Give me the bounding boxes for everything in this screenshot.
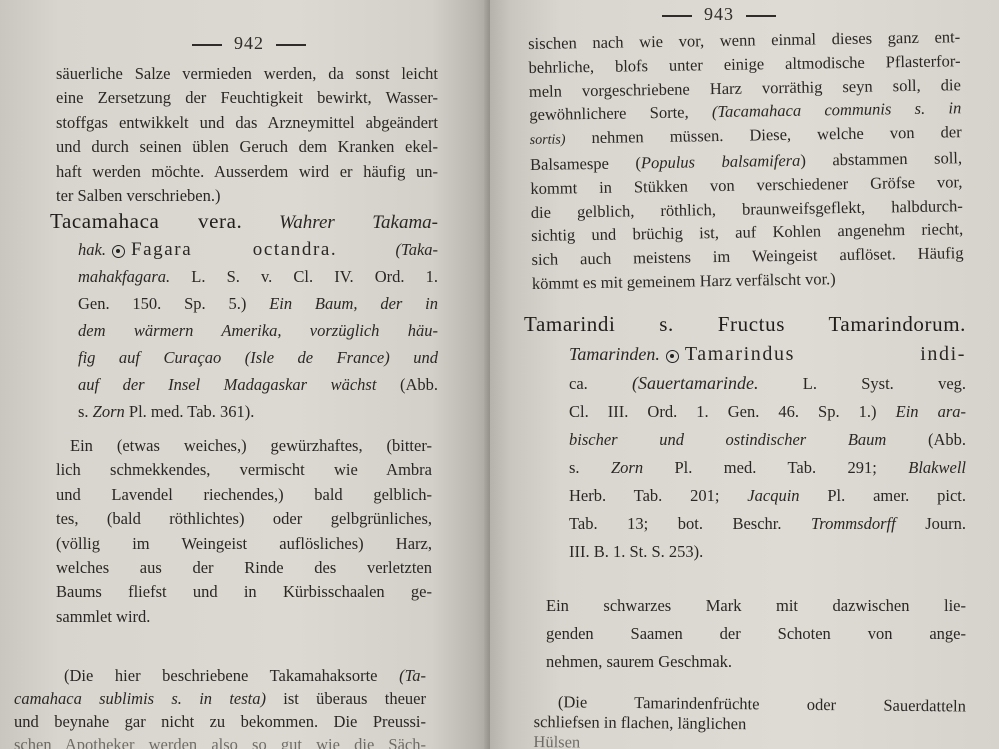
text-line: hak.Fagara octandra. (Taka- <box>50 236 438 263</box>
text-line: mahakfagara. L. S. v. Cl. IV. Ord. 1. <box>50 263 438 290</box>
text-line: welches aus der Rinde des verletzten <box>56 556 432 580</box>
entry-title: Tamarindi s. Fructus Tamarindorum. <box>524 312 966 336</box>
text-line: stoffgas entwikkelt und das Arzneymittel… <box>56 111 438 135</box>
description-paragraph: Ein schwarzes Mark mit dazwischen lie- g… <box>546 592 966 676</box>
text-line: und beynahe gar nicht zu bekommen. Die P… <box>14 710 426 733</box>
page-header-right: 943 <box>650 4 788 25</box>
header-dash <box>662 15 692 17</box>
header-dash <box>746 15 776 17</box>
continuation-paragraph: sischen nach wie vor, wenn einmal dieses… <box>528 25 964 296</box>
text-line-cut-off: schen Apotheker werden also so gut wie d… <box>14 733 426 749</box>
text-line: Cl. III. Ord. 1. Gen. 46. Sp. 1.) Ein ar… <box>524 398 966 426</box>
text-line: Tamarinden.Tamarindus indi- <box>524 340 966 369</box>
text-line: sammlet wird. <box>56 605 432 629</box>
entry-title-line: Tacamahaca vera. Wahrer Takama- <box>50 208 438 236</box>
text-line: (Die hier beschriebene Takamahaksorte (T… <box>14 664 426 687</box>
text-line: Ein schwarzes Mark mit dazwischen lie- <box>546 592 966 620</box>
text-line: und durch seinen üblen Geruch dem Kranke… <box>56 135 438 159</box>
note-paragraph: (Die hier beschriebene Takamahaksorte (T… <box>14 664 426 749</box>
header-dash <box>276 44 306 46</box>
continuation-paragraph: säuerliche Salze vermieden werden, da so… <box>56 62 438 208</box>
botanical-name: Fagara octandra. <box>131 239 337 260</box>
text-line: haft werden möchte. Ausserdem wird er hä… <box>56 160 438 184</box>
text-line: tes, (bald röthlichtes) oder gelbgrünlic… <box>56 507 432 531</box>
page-number: 943 <box>704 4 734 24</box>
text-line: auf der Insel Madagaskar wächst (Abb. <box>50 371 438 398</box>
text-line: und Lavendel riechendes,) bald gelblich- <box>56 483 432 507</box>
text-line: (völlig im Weingeist auflösliches) Harz, <box>56 532 432 556</box>
botanical-name: Tamarindus indi- <box>685 343 966 365</box>
right-page: 943 sischen nach wie vor, wenn einmal di… <box>490 0 999 749</box>
entry-tamarindi: Tamarindi s. Fructus Tamarindorum. Tamar… <box>524 310 966 566</box>
entry-title: Tacamahaca vera. <box>50 209 242 233</box>
text-line: s. Zorn Pl. med. Tab. 361). <box>50 398 438 425</box>
text-line: fig auf Curaçao (Isle de France) und <box>50 344 438 371</box>
text-line: Ein (etwas weiches,) gewürzhaftes, (bitt… <box>56 434 432 458</box>
text-line: Baums fliefst und in Kürbisschaalen ge- <box>56 580 432 604</box>
text-line: ca. (Sauertamarinde. L. Syst. veg. <box>524 369 966 398</box>
text-line: lich schmekkendes, vermischt wie Ambra <box>56 458 432 482</box>
text-line: bischer und ostindischer Baum (Abb. <box>524 426 966 454</box>
page-header-left: 942 <box>180 33 318 54</box>
text-line: Gen. 150. Sp. 5.) Ein Baum, der in <box>50 290 438 317</box>
text-line: III. B. 1. St. S. 253). <box>524 538 966 566</box>
perennial-circle-icon <box>112 245 125 258</box>
text-line: s. Zorn Pl. med. Tab. 291; Blakwell <box>524 454 966 482</box>
text-line: nehmen, saurem Geschmak. <box>546 648 966 676</box>
description-paragraph: Ein (etwas weiches,) gewürzhaftes, (bitt… <box>56 434 432 629</box>
german-name: Wahrer Takama- <box>279 212 438 233</box>
text-line: dem wärmern Amerika, vorzüglich häu- <box>50 317 438 344</box>
text-line: camahaca sublimis s. in testa) ist übera… <box>14 687 426 710</box>
header-dash <box>192 44 222 46</box>
text-line: Tab. 13; bot. Beschr. Trommsdorff Journ. <box>524 510 966 538</box>
page-number: 942 <box>234 33 264 53</box>
left-page: 942 säuerliche Salze vermieden werden, d… <box>0 0 490 749</box>
text-line: eine Zersetzung der Feuchtigkeit bewirkt… <box>56 86 438 110</box>
text-line: genden Saamen der Schoten von ange- <box>546 620 966 648</box>
perennial-circle-icon <box>666 350 679 363</box>
entry-title-line: Tamarindi s. Fructus Tamarindorum. <box>524 310 966 340</box>
text-line: Herb. Tab. 201; Jacquin Pl. amer. pict. <box>524 482 966 510</box>
note-paragraph: (Die Tamarindenfrüchte oder Sauerdatteln… <box>533 692 966 749</box>
text-line: säuerliche Salze vermieden werden, da so… <box>56 62 438 86</box>
entry-tacamahaca: Tacamahaca vera. Wahrer Takama- hak.Faga… <box>50 208 438 425</box>
text-line: ter Salben verschrieben.) <box>56 184 438 208</box>
